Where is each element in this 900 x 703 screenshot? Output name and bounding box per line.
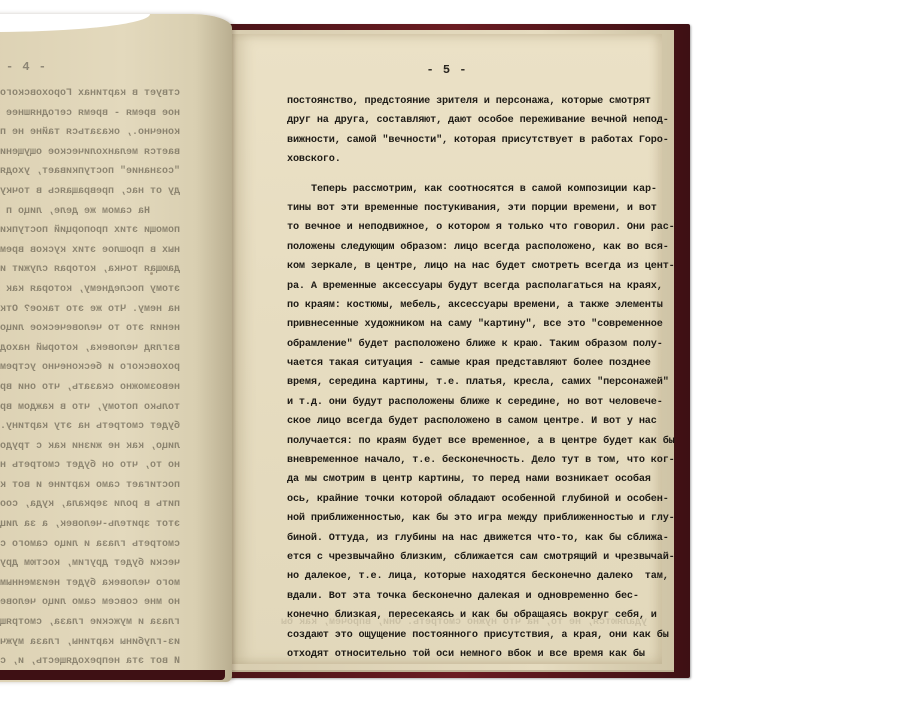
mirrored-text-line: ду от нас, превращаясь в точку за [0,182,180,202]
mirrored-text-line: невозможно сказать, что они времен [0,378,180,398]
mirrored-text-line: помощи этих пропорций поступкивани [0,221,180,241]
paragraph-gap [287,170,655,180]
bleed-through-line: удаляются, не то, на что нужно смотреть.… [287,617,647,628]
text-line: отходят относительно той оси немного вбо… [287,645,655,664]
text-line: да мы смотрим в центр картины, то перед … [287,470,655,489]
mirrored-text-line: И вот эта непреходящесть, и, само [0,652,180,672]
mirrored-text-line: пить в роли зеркала, куда, соответ [0,495,180,515]
mirrored-text-line: но мне совсем само лицо человек [0,593,180,613]
mirrored-text-line: постигает само картине и вот картин [0,476,180,496]
mirrored-text-line: На самом же деле, лицо п [0,202,180,222]
text-line: чается такая ситуация - самые края предс… [287,354,655,373]
page-body-text: постоянство, предстояние зрителя и персо… [287,92,655,664]
text-line: положены следующим образом: лицо всегда … [287,238,655,257]
mirrored-text-line: чески будет другим, костюм другой, [0,554,180,574]
mirrored-text-line: роховского и бесконечно устремлено [0,358,180,378]
mirrored-text-line: будет смотреть на эту картину. Н [0,417,180,437]
paper-blemish [150,272,153,275]
text-line: привнесенные художником на саму "картину… [287,315,655,334]
mirrored-text-line: ствует в картинах Гороховского, у [0,84,180,104]
mirrored-text-line: нения это то человеческое лицо, пр [0,319,180,339]
mirrored-text-line: только потому, что в каждом времени [0,398,180,418]
text-line: ной приближенностью, как бы это игра меж… [287,509,655,528]
left-page: - 4 - ствует в картинах Гороховского, ун… [0,14,232,682]
mirrored-text-line: лицо, как не жизни как с трудом [0,437,180,457]
mirrored-text-line: ное время - время сегодняшнее и пр [0,104,180,124]
mirrored-text-line: мого человека будет неизменным [0,574,180,594]
text-line: по краям: костюмы, мебель, аксессуары вр… [287,296,655,315]
mirrored-text-line: вается меланхолическое ощущение, т [0,143,180,163]
text-line: ра. А временные аксессуары будут всегда … [287,277,655,296]
mirrored-text-line: смотреть глаза и лицо самого с ни [0,535,180,555]
text-line: ось, крайние точки которой обладают особ… [287,490,655,509]
text-line: обрамление" будет расположено ближе к кр… [287,335,655,354]
mirrored-text-line: "сознание" поступкивает, уходя от н [0,162,180,182]
mirrored-text-line: ных в прошлое этих кусков времени - [0,241,180,261]
text-line: биной. Оттуда, из глубины на нас движетс… [287,529,655,548]
text-line: друг на друга, составляют, дают особое п… [287,111,655,130]
mirrored-text-line: взгляд человека, который находится [0,339,180,359]
mirrored-text-line: глаза и мужские глаза, смотрящие [0,613,180,633]
mirrored-text-line: из-глубины картины, глаза мужчин [0,633,180,653]
text-line: вижности, самой "вечности", которая прис… [287,131,655,150]
text-line: получается: по краям будет все временное… [287,432,655,451]
text-line: ховского. [287,150,655,169]
mirrored-page-text: ствует в картинах Гороховского, уное вре… [0,84,180,672]
text-line: то вечное и неподвижное, о котором я тол… [287,218,655,237]
mirrored-text-line: на нему. Что же это такое? Откуда [0,300,180,320]
text-line: вневременное начало, т.е. бесконечность.… [287,451,655,470]
text-line: тины вот эти временные постукивания, эти… [287,199,655,218]
text-line: Теперь рассмотрим, как соотносятся в сам… [287,180,655,199]
text-line: время, середина картины, т.е. платья, кр… [287,373,655,392]
text-line: и т.д. они будут расположены ближе к сер… [287,393,655,412]
text-line: создают это ощущение постоянного присутс… [287,626,655,645]
mirrored-text-line: конечно., оказаться тайне не прошл [0,123,180,143]
text-line: вдали. Вот эта точка бесконечно далекая … [287,587,655,606]
book-cover-edge [0,670,225,680]
text-line: ется с чрезвычайно близким, сближается с… [287,548,655,567]
mirrored-text-line: этому последнему, которая как бы н [0,280,180,300]
page-number: - 5 - [232,63,662,77]
mirrored-text-line: этот зритель-человек, а за лицо в [0,515,180,535]
text-line: ком зеркале, в центре, лицо на нас будет… [287,257,655,276]
text-line: постоянство, предстояние зрителя и персо… [287,92,655,111]
mirrored-text-line: но то, что он будет смотреть на эт [0,456,180,476]
mirrored-text-line: дающая точка, которая служит ими [0,260,180,280]
right-page: - 5 - постоянство, предстояние зрителя и… [232,34,662,664]
text-line: ское лицо всегда будет расположено в сам… [287,412,655,431]
page-number: - 4 - [6,60,47,74]
text-line: но далекое, т.е. лица, которые находятся… [287,567,655,586]
